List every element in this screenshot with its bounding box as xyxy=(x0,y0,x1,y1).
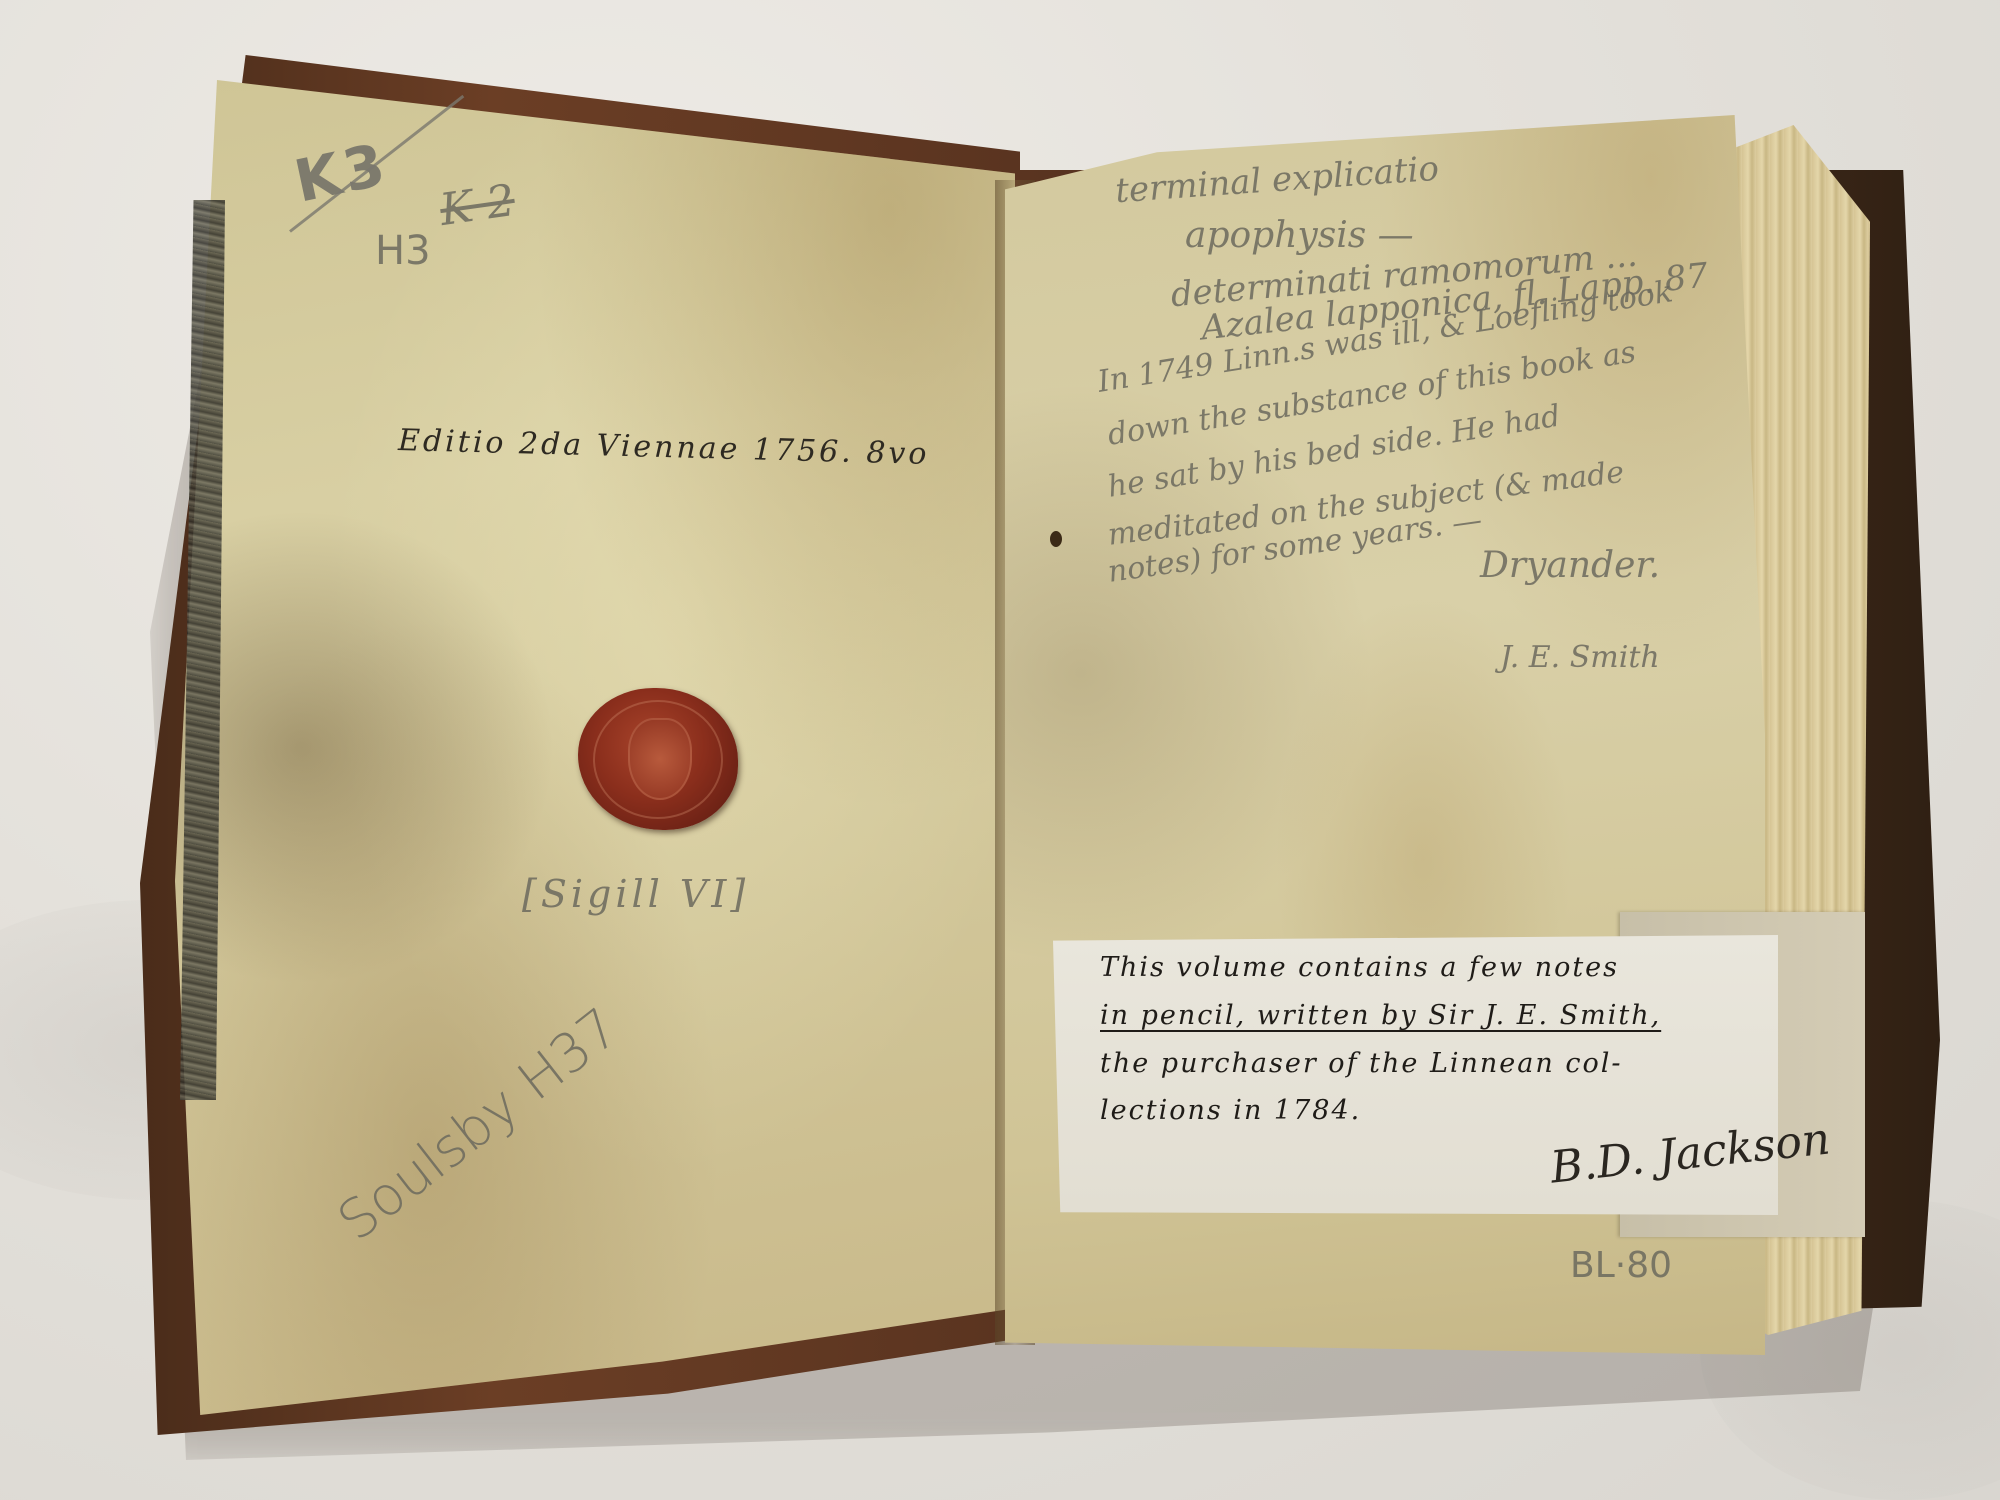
label-line-3: the purchaser of the Linnean col- xyxy=(1100,1048,1622,1079)
label-line-1: This volume contains a few notes xyxy=(1100,952,1619,983)
bottom-shelfmark: BL·80 xyxy=(1570,1245,1672,1286)
shelfmark-h3: H3 xyxy=(375,228,431,274)
attribution-smith: J. E. Smith xyxy=(1500,640,1660,675)
attribution-dryander: Dryander. xyxy=(1480,545,1660,586)
wormhole xyxy=(1050,531,1062,547)
label-line-2: in pencil, written by Sir J. E. Smith, xyxy=(1100,1000,1661,1031)
struck-shelfmark-2: K 2 xyxy=(437,175,518,236)
label-line-4: lections in 1784. xyxy=(1100,1095,1361,1126)
seal-crest xyxy=(628,718,692,800)
seal-caption: [Sigill VI] xyxy=(522,872,749,916)
top-note-2: apophysis — xyxy=(1185,215,1414,256)
